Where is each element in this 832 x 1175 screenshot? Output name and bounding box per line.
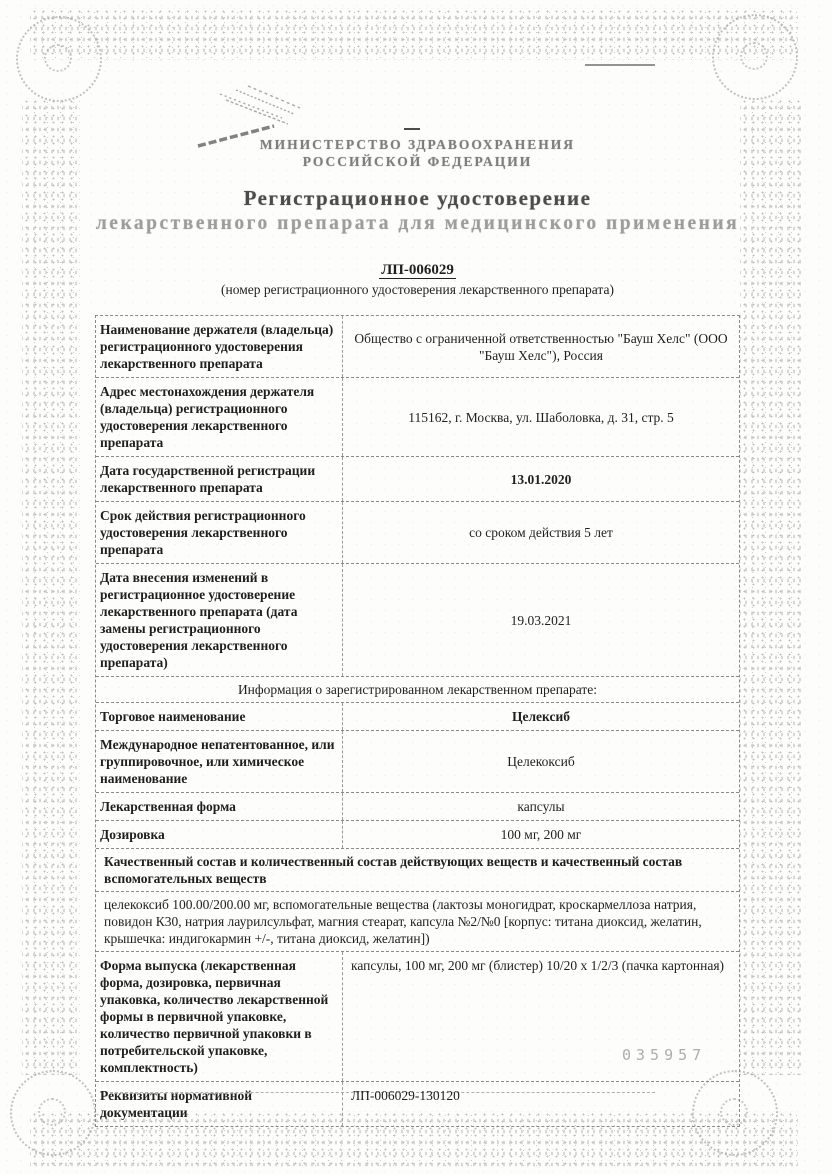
document-title: Регистрационное удостоверение лекарствен… <box>95 186 740 236</box>
field-value: 100 мг, 200 мг <box>343 821 739 848</box>
field-label: Дата государственной регистрации лекарст… <box>96 457 343 501</box>
ministry-name: МИНИСТЕРСТВО ЗДРАВООХРАНЕНИЯ РОССИЙСКОЙ … <box>95 136 740 170</box>
registration-number: ЛП-006029 <box>95 262 740 279</box>
table-row: Лекарственная форма капсулы <box>96 792 739 820</box>
field-label: Торговое наименование <box>96 703 343 730</box>
ministry-line2: РОССИЙСКОЙ ФЕДЕРАЦИИ <box>95 153 740 170</box>
table-row: Срок действия регистрационного удостовер… <box>96 501 739 563</box>
document-title-line2: лекарственного препарата для медицинског… <box>95 211 740 236</box>
border-band-top <box>30 8 798 60</box>
ministry-line1: МИНИСТЕРСТВО ЗДРАВООХРАНЕНИЯ <box>95 136 740 153</box>
field-value: ЛП-006029-130120 <box>343 1082 739 1126</box>
field-value: 19.03.2021 <box>343 564 739 676</box>
composition-text: целекоксиб 100.00/200.00 мг, вспомогател… <box>96 891 739 951</box>
scan-artifact <box>585 64 655 66</box>
certificate-table: Наименование держателя (владельца) регис… <box>95 315 740 1127</box>
field-label: Дата внесения изменений в регистрационно… <box>96 564 343 676</box>
table-row: Дата государственной регистрации лекарст… <box>96 456 739 501</box>
table-row: Международное непатентованное, или групп… <box>96 730 739 792</box>
corner-ornament-icon <box>10 1070 96 1156</box>
field-value: 13.01.2020 <box>343 457 739 501</box>
table-row: Наименование держателя (владельца) регис… <box>96 316 739 377</box>
field-label: Дозировка <box>96 821 343 848</box>
registration-number-caption: (номер регистрационного удостоверения ле… <box>95 282 740 298</box>
table-row: Реквизиты нормативной документации ЛП-00… <box>96 1081 739 1126</box>
table-row: Торговое наименование Целексиб <box>96 702 739 730</box>
field-label: Форма выпуска (лекарственная форма, дози… <box>96 952 343 1081</box>
field-value: Целекоксиб <box>343 731 739 792</box>
corner-ornament-icon <box>16 16 102 102</box>
table-row: Дозировка 100 мг, 200 мг <box>96 820 739 848</box>
info-heading: Информация о зарегистрированном лекарств… <box>96 676 739 702</box>
table-row: Адрес местонахождения держателя (владель… <box>96 377 739 456</box>
field-label: Адрес местонахождения держателя (владель… <box>96 378 343 456</box>
border-band-right <box>740 98 802 1075</box>
border-band-left <box>22 98 80 1075</box>
field-label: Международное непатентованное, или групп… <box>96 731 343 792</box>
field-value: капсулы <box>343 793 739 820</box>
field-label: Срок действия регистрационного удостовер… <box>96 502 343 563</box>
table-row: Дата внесения изменений в регистрационно… <box>96 563 739 676</box>
corner-ornament-icon <box>712 14 798 100</box>
certificate-document: МИНИСТЕРСТВО ЗДРАВООХРАНЕНИЯ РОССИЙСКОЙ … <box>95 130 740 1127</box>
field-value: 115162, г. Москва, ул. Шаболовка, д. 31,… <box>343 378 739 456</box>
field-label: Реквизиты нормативной документации <box>96 1082 343 1126</box>
field-value: со сроком действия 5 лет <box>343 502 739 563</box>
document-title-line1: Регистрационное удостоверение <box>95 186 740 211</box>
field-value: Целексиб <box>343 703 739 730</box>
composition-heading: Качественный состав и количественный сос… <box>96 848 739 891</box>
serial-number: 035957 <box>622 1046 706 1064</box>
field-label: Наименование держателя (владельца) регис… <box>96 316 343 377</box>
field-value: Общество с ограниченной ответственностью… <box>343 316 739 377</box>
field-label: Лекарственная форма <box>96 793 343 820</box>
